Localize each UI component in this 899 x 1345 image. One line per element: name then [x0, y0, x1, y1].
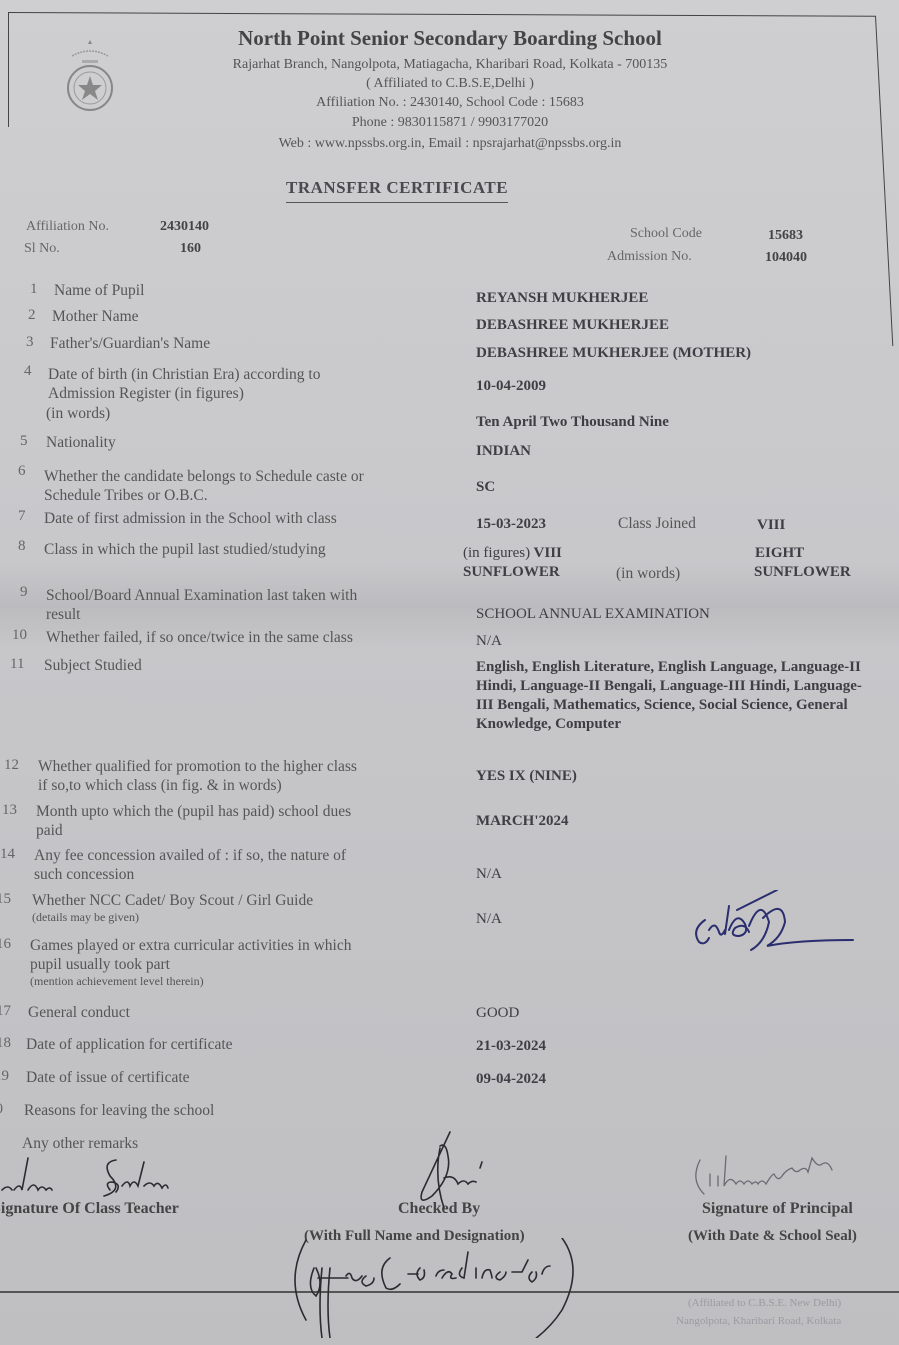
school-code-value: 15683: [768, 228, 803, 244]
school-address: Rajarhat Branch, Nangolpota, Matiagacha,…: [120, 57, 780, 73]
sl-no-label: Sl No.: [24, 241, 60, 257]
row-label-line2: Admission Register (in figures): [48, 385, 244, 402]
row-label: Class in which the pupil last studied/st…: [44, 540, 326, 559]
checked-by-sub-label: (With Full Name and Designation): [304, 1228, 525, 1245]
class-section-value: SUNFLOWER: [463, 563, 560, 582]
dob-words-value: Ten April Two Thousand Nine: [476, 413, 669, 432]
row-number: 5: [20, 433, 28, 450]
office-coordinator-handwriting-icon: [286, 1238, 626, 1338]
row-number: 9: [20, 584, 28, 601]
row-label-line1: Whether qualified for promotion to the h…: [38, 758, 357, 775]
checked-by-label: Checked By: [398, 1200, 480, 1218]
row-number: 19: [0, 1068, 9, 1085]
row-label: Games played or extra curricular activit…: [30, 936, 352, 989]
last-exam-value: SCHOOL ANNUAL EXAMINATION: [476, 605, 710, 624]
principal-signature-label: Signature of Principal: [702, 1200, 853, 1218]
row-label-line2: such concession: [34, 866, 134, 883]
school-seal-text-1: (Affiliated to C.B.S.E. New Delhi): [688, 1297, 841, 1309]
class-teacher-signature-label: Signature Of Class Teacher: [0, 1200, 179, 1218]
row-label: Month upto which the (pupil has paid) sc…: [36, 802, 351, 840]
principal-sub-label: (With Date & School Seal): [688, 1228, 857, 1245]
row-label-line2: if so,to which class (in fig. & in words…: [38, 777, 282, 794]
row-label-line1: Whether NCC Cadet/ Boy Scout / Girl Guid…: [32, 892, 313, 909]
row-label: Date of issue of certificate: [26, 1068, 190, 1087]
row-number: 11: [10, 656, 24, 673]
row-label: Mother Name: [52, 307, 139, 326]
row-label-line1: Whether the candidate belongs to Schedul…: [44, 468, 364, 485]
category-value: SC: [476, 478, 495, 497]
affiliation-text: ( Affiliated to C.B.S.E,Delhi ): [120, 76, 780, 92]
promotion-value: YES IX (NINE): [476, 767, 577, 786]
row-label: Whether qualified for promotion to the h…: [38, 757, 357, 795]
school-code-label: School Code: [630, 226, 702, 242]
row-number: 8: [18, 538, 26, 555]
principal-signature-icon: [690, 1150, 895, 1200]
class-words-value: EIGHT: [755, 544, 804, 563]
school-crest-star-icon: [60, 36, 120, 116]
ncc-value: N/A: [476, 910, 502, 929]
affiliation-code-line: Affiliation No. : 2430140, School Code :…: [120, 95, 780, 111]
row-label: Father's/Guardian's Name: [50, 334, 210, 353]
row-number: 3: [26, 334, 34, 351]
row-label-hint: (details may be given): [32, 910, 313, 925]
row-label: Any fee concession availed of : if so, t…: [34, 846, 346, 884]
pupil-name-value: REYANSH MUKHERJEE: [476, 289, 648, 308]
row-number: 21: [0, 1134, 1, 1151]
row-label: Whether NCC Cadet/ Boy Scout / Girl Guid…: [32, 891, 313, 925]
row-number: 6: [18, 463, 26, 480]
sl-no-value: 160: [180, 241, 201, 257]
conduct-value: GOOD: [476, 1004, 519, 1023]
row-label-hint: (mention achievement level therein): [30, 974, 352, 989]
row-label: Date of application for certificate: [26, 1035, 233, 1054]
row-number: 17: [0, 1003, 11, 1020]
row-label: Nationality: [46, 433, 116, 452]
row-label: School/Board Annual Examination last tak…: [46, 586, 357, 624]
admission-no-value: 104040: [765, 250, 807, 266]
row-number: 10: [12, 627, 27, 644]
row-label-line1: Month upto which the (pupil has paid) sc…: [36, 803, 351, 820]
row-label: Any other remarks: [22, 1134, 138, 1153]
in-figures-label: (in figures): [463, 545, 530, 561]
row-label: Reasons for leaving the school: [24, 1101, 214, 1120]
row-number: 12: [4, 757, 19, 774]
row-number: 15: [0, 891, 11, 908]
row-label-line2: pupil usually took part: [30, 956, 170, 973]
row-number: 16: [0, 936, 11, 953]
affiliation-label: Affiliation No.: [26, 219, 109, 235]
issue-date-value: 09-04-2024: [476, 1070, 546, 1089]
mother-name-value: DEBASHREE MUKHERJEE: [476, 316, 669, 335]
row-label-line2: paid: [36, 822, 63, 839]
failed-value: N/A: [476, 632, 502, 651]
fee-concession-value: N/A: [476, 865, 502, 884]
row-label-line2: Schedule Tribes or O.B.C.: [44, 487, 208, 504]
row-label-words: (in words): [46, 404, 110, 423]
row-label-line1: Games played or extra curricular activit…: [30, 937, 352, 954]
row-number: 20: [0, 1101, 3, 1118]
row-label: Whether failed, if so once/twice in the …: [46, 628, 353, 647]
class-figures-value: VIII: [534, 545, 562, 561]
row-label-line1: School/Board Annual Examination last tak…: [46, 587, 357, 604]
row-number: 13: [2, 802, 17, 819]
row-number: 2: [28, 307, 36, 324]
class-teacher-signature-icon: [0, 1150, 200, 1205]
bottom-divider: [0, 1291, 899, 1293]
class-words-section-value: SUNFLOWER: [754, 563, 851, 582]
document-title: TRANSFER CERTIFICATE: [286, 178, 508, 203]
affiliation-value: 2430140: [160, 219, 209, 235]
row-label: Date of first admission in the School wi…: [44, 509, 337, 528]
nationality-value: INDIAN: [476, 442, 531, 461]
row-label: Date of birth (in Christian Era) accordi…: [48, 365, 320, 403]
row-label: Name of Pupil: [54, 281, 144, 300]
dob-figures-value: 10-04-2009: [476, 377, 546, 396]
row-number: 7: [18, 508, 26, 525]
row-label-line1: Any fee concession availed of : if so, t…: [34, 847, 346, 864]
row-label-line2: result: [46, 606, 80, 623]
class-joined-label: Class Joined: [618, 514, 696, 533]
phone-line: Phone : 9830115871 / 9903177020: [120, 115, 780, 131]
first-admission-date-value: 15-03-2023: [476, 515, 546, 534]
subjects-value: English, English Literature, English Lan…: [476, 658, 871, 734]
row-label: General conduct: [28, 1003, 130, 1022]
school-seal-text-2: Nangolpota, Kharibari Road, Kolkata: [676, 1315, 841, 1327]
application-date-value: 21-03-2024: [476, 1037, 546, 1056]
row-label-line1: Date of birth (in Christian Era) accordi…: [48, 366, 320, 383]
row-number: 18: [0, 1035, 11, 1052]
row-number: 14: [0, 846, 15, 863]
row-number: 1: [30, 281, 38, 298]
dues-paid-value: MARCH'2024: [476, 812, 569, 831]
class-joined-value: VIII: [757, 516, 785, 535]
web-email-line: Web : www.npssbs.org.in, Email : npsraja…: [120, 136, 780, 152]
signature-blue-icon: [685, 890, 875, 960]
school-name: North Point Senior Secondary Boarding Sc…: [120, 26, 780, 51]
row-label: Subject Studied: [44, 656, 142, 675]
row-number: 4: [24, 363, 32, 380]
row-label: Whether the candidate belongs to Schedul…: [44, 467, 364, 505]
in-words-label: (in words): [616, 564, 680, 583]
guardian-name-value: DEBASHREE MUKHERJEE (MOTHER): [476, 344, 751, 363]
admission-no-label: Admission No.: [607, 249, 692, 265]
